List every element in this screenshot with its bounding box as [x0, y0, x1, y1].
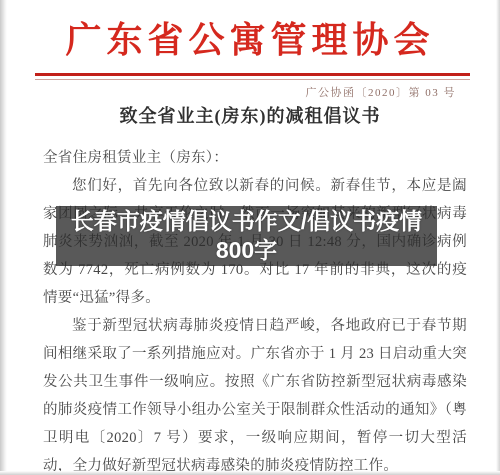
salutation-line: 全省住房租赁业主（房东）： — [43, 144, 467, 172]
red-header-rule — [35, 73, 470, 76]
document-title: 致全省业主(房东)的减租倡议书 — [0, 102, 500, 128]
scan-edge-right — [496, 0, 500, 475]
caption-overlay-box: 长春市疫情倡议书作文/倡议书疫情 800字 — [56, 206, 437, 266]
scan-edge-bottom — [0, 471, 500, 475]
scan-edge-left — [0, 0, 7, 475]
body-paragraph: 鉴于新型冠状病毒肺炎疫情日趋严峻，各地政府已于春节期间相继采取了一系列措施应对。… — [43, 312, 467, 475]
document-number: 广公协函〔2020〕第 03 号 — [306, 84, 457, 100]
document-body: 全省住房租赁业主（房东）： 您们好，首先向各位致以新春的问候。新春佳节，本应是阖… — [43, 144, 467, 475]
caption-line-1: 长春市疫情倡议书作文/倡议书疫情 — [71, 207, 422, 236]
caption-line-2: 800字 — [216, 236, 277, 265]
thin-header-rule — [35, 79, 470, 80]
org-name-header: 广东省公寓管理协会 — [0, 12, 500, 63]
document-page: 广东省公寓管理协会 广公协函〔2020〕第 03 号 致全省业主(房东)的减租倡… — [0, 0, 500, 475]
